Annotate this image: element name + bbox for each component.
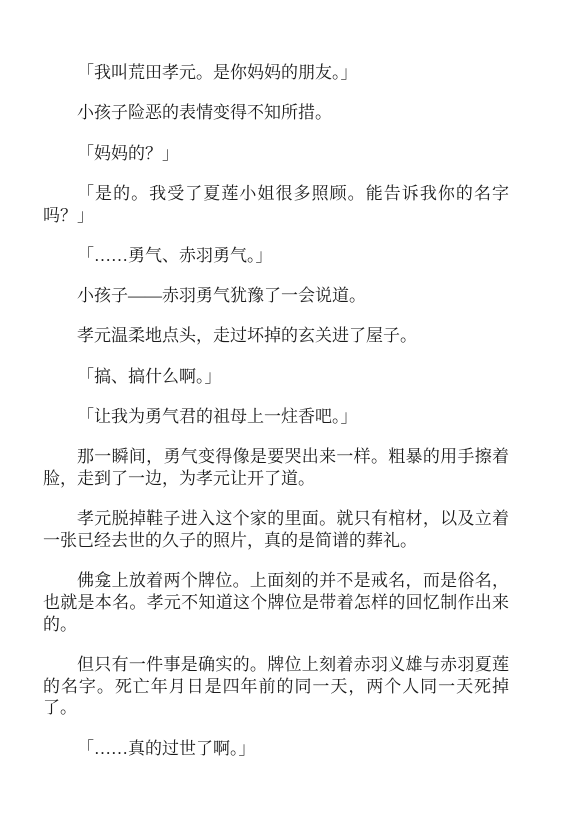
narration-paragraph: 佛龛上放着两个牌位。上面刻的并不是戒名，而是俗名，也就是本名。孝元不知道这个牌位… [43,570,509,635]
document-text: 「我叫荒田孝元。是你妈妈的朋友。」小孩子险恶的表情变得不知所措。「妈妈的？」「是… [43,62,509,759]
narration-paragraph: 孝元温柔地点头，走过坏掉的玄关进了屋子。 [43,325,509,347]
dialogue-paragraph: 「让我为勇气君的祖母上一炷香吧。」 [43,406,509,428]
narration-paragraph: 小孩子——赤羽勇气犹豫了一会说道。 [43,285,509,307]
dialogue-paragraph: 「我叫荒田孝元。是你妈妈的朋友。」 [43,62,509,84]
narration-paragraph: 但只有一件事是确实的。牌位上刻着赤羽义雄与赤羽夏莲的名字。死亡年月日是四年前的同… [43,654,509,719]
narration-paragraph: 那一瞬间，勇气变得像是要哭出来一样。粗暴的用手擦着脸，走到了一边，为孝元让开了道… [43,446,509,489]
dialogue-paragraph: 「是的。我受了夏莲小姐很多照顾。能告诉我你的名字吗？」 [43,183,509,226]
narration-paragraph: 孝元脱掉鞋子进入这个家的里面。就只有棺材，以及立着一张已经去世的久子的照片，真的… [43,508,509,551]
dialogue-paragraph: 「搞、搞什么啊。」 [43,366,509,388]
narration-paragraph: 小孩子险恶的表情变得不知所措。 [43,102,509,124]
dialogue-paragraph: 「妈妈的？」 [43,143,509,165]
dialogue-paragraph: 「……真的过世了啊。」 [43,738,509,760]
dialogue-paragraph: 「……勇气、赤羽勇气。」 [43,245,509,267]
novel-page: 「我叫荒田孝元。是你妈妈的朋友。」小孩子险恶的表情变得不知所措。「妈妈的？」「是… [0,0,583,828]
